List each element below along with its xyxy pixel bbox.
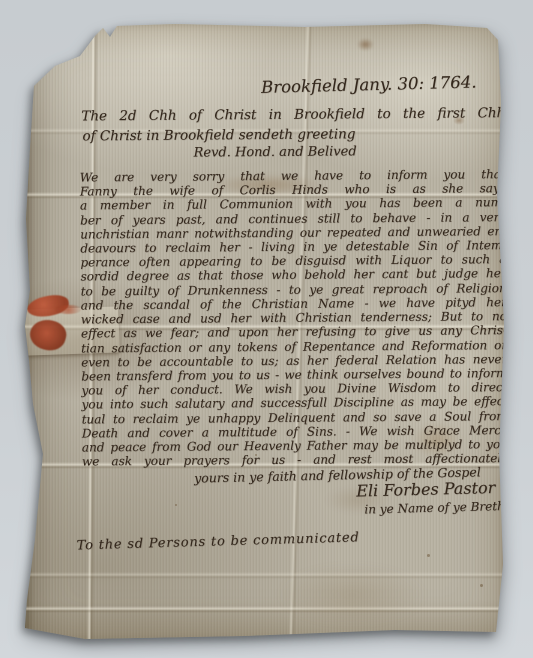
paper-shadow-wrap: Brookfield Jany. 30: 1764. The 2d Chh of… [0, 0, 533, 658]
letter-greeting-line: The 2d Chh of Christ in Brookfield to th… [81, 105, 505, 124]
letter-salutation: Revd. Hond. and Belived [194, 144, 357, 160]
letter-dateline: Brookfield Jany. 30: 1764. [261, 72, 477, 96]
signature-name: Eli Forbes Pastor [356, 478, 495, 501]
photo-background: Brookfield Jany. 30: 1764. The 2d Chh of… [0, 0, 533, 658]
docket-note: To the sd Persons to be communicated [76, 530, 359, 553]
letter-greeting-line: of Christ in Brookfield sendeth greeting [82, 126, 355, 144]
signature-title: in ye Name of ye Brethn [364, 499, 512, 517]
handwritten-text-layer: Brookfield Jany. 30: 1764. The 2d Chh of… [23, 22, 508, 644]
letter-paper: Brookfield Jany. 30: 1764. The 2d Chh of… [25, 24, 505, 642]
